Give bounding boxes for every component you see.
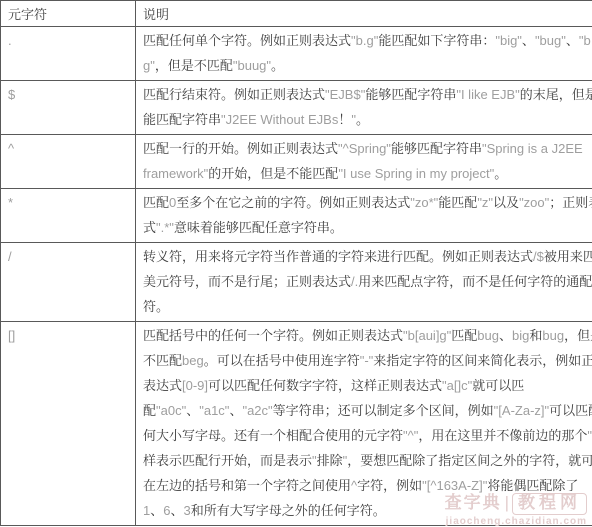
header-metachar: 元字符 (1, 1, 136, 27)
metachar-cell: * (1, 189, 136, 243)
description-line: 匹配一行的开始。例如正则表达式"^Spring"能够匹配字符串"Spring i… (143, 136, 586, 161)
latin-text: " (343, 453, 348, 468)
latin-text: g" (143, 58, 155, 73)
description-cell: 转义符，用来将元字符当作普通的字符来进行匹配。例如正则表达式/$被用来匹配美元符… (136, 243, 592, 322)
description-line: framework"的开始，但是不能匹配"I use Spring in my … (143, 161, 586, 186)
latin-text: 1 (143, 503, 150, 518)
header-description: 说明 (136, 1, 592, 27)
latin-text: "J2EE Without EJBs (221, 112, 338, 127)
latin-text: "a[]c" (442, 378, 472, 393)
metachar-cell: [] (1, 322, 136, 526)
latin-text: "I use Spring in my project" (338, 166, 494, 181)
metachar-cell: $ (1, 81, 136, 135)
latin-text: "b (579, 33, 591, 48)
description-line: 匹配行结束符。例如正则表达式"EJB$"能够匹配字符串"I like EJB"的… (143, 82, 586, 107)
table-row: *匹配0至多个在它之前的字符。例如正则表达式"zo*"能匹配"z"以及"zoo"… (1, 189, 592, 243)
metachar-cell: . (1, 27, 136, 81)
latin-text: "big" (495, 33, 522, 48)
latin-text: " (351, 112, 356, 127)
description-line: 样表示匹配行开始，而是表示"排除"，要想匹配除了指定区间之外的字符，就可以 (143, 448, 586, 473)
table-row: ^匹配一行的开始。例如正则表达式"^Spring"能够匹配字符串"Spring … (1, 135, 592, 189)
latin-text: "-" (360, 353, 374, 368)
latin-text: "EJB$" (325, 87, 365, 102)
description-line: 式".*"意味着能够匹配任意字符串。 (143, 215, 586, 240)
latin-text: "Spring is a J2EE (482, 141, 583, 156)
regex-table-body: .匹配任何单个字符。例如正则表达式"b.g"能匹配如下字符串："big"、"bu… (1, 27, 592, 526)
latin-text: "zoo" (519, 195, 549, 210)
latin-text: "[A-Za-z]" (494, 403, 549, 418)
latin-text: "^" (587, 428, 592, 443)
latin-text: 0 (169, 195, 176, 210)
description-cell: 匹配括号中的任何一个字符。例如正则表达式"b[aui]g"匹配bug、big和b… (136, 322, 592, 526)
latin-text: * (8, 195, 13, 210)
latin-text: "[^163A-Z]" (422, 478, 487, 493)
description-line: 能匹配字符串"J2EE Without EJBs！"。 (143, 107, 586, 132)
latin-text: bug (477, 328, 499, 343)
table-row: .匹配任何单个字符。例如正则表达式"b.g"能匹配如下字符串："big"、"bu… (1, 27, 592, 81)
description-cell: 匹配一行的开始。例如正则表达式"^Spring"能够匹配字符串"Spring i… (136, 135, 592, 189)
latin-text: "b[aui]g" (403, 328, 451, 343)
description-line: 匹配括号中的任何一个字符。例如正则表达式"b[aui]g"匹配bug、big和b… (143, 323, 586, 348)
latin-text: "bug" (535, 33, 566, 48)
latin-text: [0-9] (182, 378, 208, 393)
description-cell: 匹配0至多个在它之前的字符。例如正则表达式"zo*"能匹配"z"以及"zoo"；… (136, 189, 592, 243)
latin-text: "buug" (233, 58, 271, 73)
description-line: 不匹配beg。可以在括号中使用连字符"-"来指定字符的区间来简化表示，例如正则 (143, 348, 586, 373)
description-line: 配"a0c"、"a1c"、"a2c"等字符串；还可以制定多个区间，例如"[A-Z… (143, 398, 586, 423)
description-line: g"，但是不匹配"buug"。 (143, 53, 586, 78)
latin-text: "zo*" (410, 195, 438, 210)
latin-text: beg (182, 353, 204, 368)
description-line: 美元符号，而不是行尾；正则表达式/.用来匹配点字符，而不是任何字符的通配 (143, 269, 586, 294)
description-line: 1、6、3和所有大写字母之外的任何字符。 (143, 498, 586, 523)
latin-text: /. (351, 274, 358, 289)
latin-text: " (312, 453, 317, 468)
metachar-cell: / (1, 243, 136, 322)
description-cell: 匹配行结束符。例如正则表达式"EJB$"能够匹配字符串"I like EJB"的… (136, 81, 592, 135)
latin-text: 6 (163, 503, 170, 518)
latin-text: 3 (184, 503, 191, 518)
latin-text: [] (8, 328, 15, 343)
latin-text: "^" (403, 428, 418, 443)
header-row: 元字符 说明 (1, 1, 592, 27)
latin-text: /$ (533, 249, 544, 264)
latin-text: "a2c" (242, 403, 272, 418)
latin-text: "a1c" (199, 403, 229, 418)
latin-text: "I like EJB" (456, 87, 519, 102)
table-row: []匹配括号中的任何一个字符。例如正则表达式"b[aui]g"匹配bug、big… (1, 322, 592, 526)
latin-text: "^Spring" (338, 141, 391, 156)
latin-text: / (8, 249, 12, 264)
description-line: 在左边的括号和第一个字符之间使用^字符，例如"[^163A-Z]"将能偶匹配除了 (143, 473, 586, 498)
regex-metachar-table: 元字符 说明 .匹配任何单个字符。例如正则表达式"b.g"能匹配如下字符串："b… (0, 0, 592, 526)
latin-text: "b.g" (351, 33, 378, 48)
latin-text: ".*" (156, 220, 174, 235)
description-line: 符。 (143, 294, 586, 319)
latin-text: "z" (477, 195, 493, 210)
description-line: 何大小写字母。还有一个相配合使用的元字符"^"，用在这里并不像前边的那个"^"一 (143, 423, 586, 448)
table-row: $匹配行结束符。例如正则表达式"EJB$"能够匹配字符串"I like EJB"… (1, 81, 592, 135)
latin-text: ^ (8, 141, 14, 156)
description-line: 表达式[0-9]可以匹配任何数字字符，这样正则表达式"a[]c"就可以匹 (143, 373, 586, 398)
description-line: 转义符，用来将元字符当作普通的字符来进行匹配。例如正则表达式/$被用来匹配 (143, 244, 586, 269)
metachar-cell: ^ (1, 135, 136, 189)
latin-text: $ (8, 87, 15, 102)
description-line: 匹配0至多个在它之前的字符。例如正则表达式"zo*"能匹配"z"以及"zoo"；… (143, 190, 586, 215)
table-row: /转义符，用来将元字符当作普通的字符来进行匹配。例如正则表达式/$被用来匹配美元… (1, 243, 592, 322)
description-cell: 匹配任何单个字符。例如正则表达式"b.g"能匹配如下字符串："big"、"bug… (136, 27, 592, 81)
latin-text: ^ (351, 478, 357, 493)
latin-text: big (512, 328, 529, 343)
latin-text: "a0c" (156, 403, 186, 418)
latin-text: framework" (143, 166, 208, 181)
latin-text: . (8, 33, 12, 48)
description-line: 匹配任何单个字符。例如正则表达式"b.g"能匹配如下字符串："big"、"bug… (143, 28, 586, 53)
latin-text: bug (542, 328, 564, 343)
